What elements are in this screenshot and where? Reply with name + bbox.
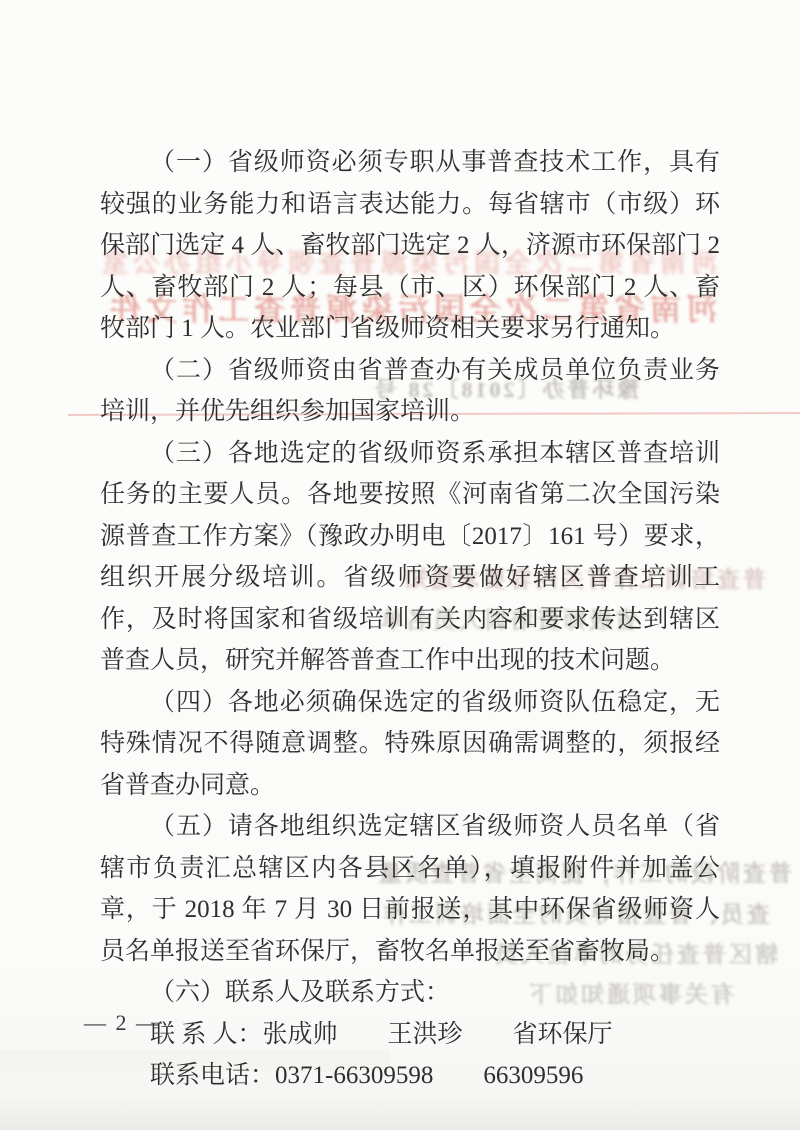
paragraph-item-3: （三）各地选定的省级师资系承担本辖区普查培训任务的主要人员。各地要按照《河南省第… bbox=[100, 433, 720, 682]
paragraph-item-6: （六）联系人及联系方式： bbox=[100, 972, 720, 1014]
paragraph-item-5: （五）请各地组织选定辖区省级师资人员名单（省辖市负责汇总辖区内各县区名单），填报… bbox=[100, 806, 720, 972]
scanned-document-page: 河南省第二次全国污染源普查领导小组办公室 河南省第二次全国污染源普查工作文件 豫… bbox=[0, 0, 800, 1130]
contact-person-line: 联 系 人：张成帅 王洪珍 省环保厅 bbox=[100, 1014, 720, 1056]
paragraph-item-2: （二）省级师资由省普查办有关成员单位负责业务培训，并优先组织参加国家培训。 bbox=[100, 350, 720, 433]
paragraph-item-1: （一）省级师资必须专职从事普查技术工作，具有较强的业务能力和语言表达能力。每省辖… bbox=[100, 142, 720, 350]
contact-phone-line: 联系电话：0371-66309598 66309596 bbox=[100, 1055, 720, 1097]
document-body: （一）省级师资必须专职从事普查技术工作，具有较强的业务能力和语言表达能力。每省辖… bbox=[100, 142, 720, 1097]
paragraph-item-4: （四）各地必须确保选定的省级师资队伍稳定，无特殊情况不得随意调整。特殊原因确需调… bbox=[100, 682, 720, 807]
page-number: — 2 — bbox=[84, 1010, 160, 1036]
